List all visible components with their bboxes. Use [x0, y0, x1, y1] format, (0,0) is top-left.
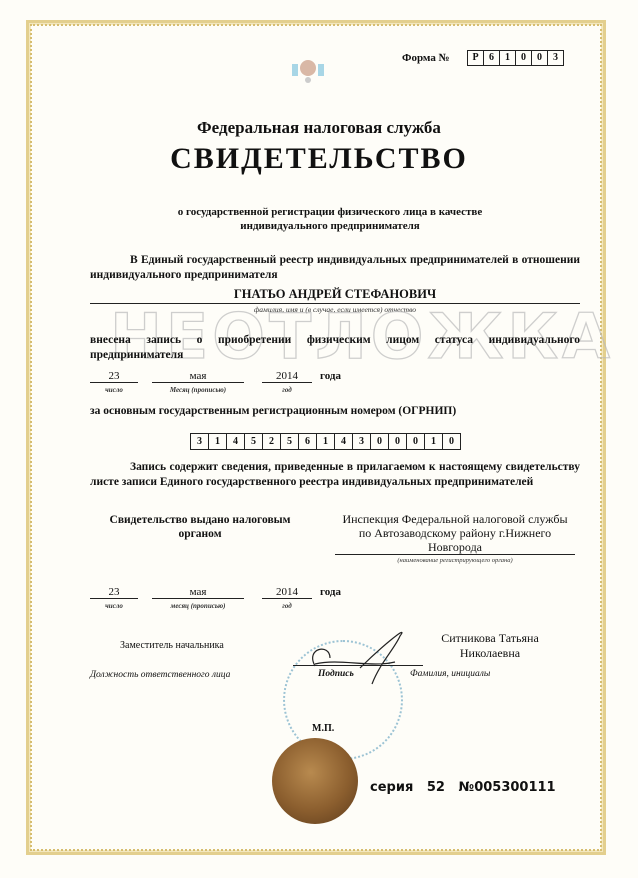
form-code: Р61003: [467, 50, 564, 66]
form-code-cell: 3: [548, 51, 563, 65]
ogrnip-digit-cell: 5: [281, 434, 299, 449]
signer-name-hint: Фамилия, инициалы: [410, 669, 490, 679]
form-label: Форма №: [402, 52, 450, 64]
entry-day-hint: число: [90, 386, 138, 394]
ogrnip-digit-cell: 0: [443, 434, 460, 449]
issue-year-suffix: года: [320, 586, 341, 598]
entry-month-hint: Месяц (прописью): [152, 386, 244, 394]
ogrnip-label: за основным государственным регистрацион…: [90, 405, 456, 417]
issue-month-hint: месяц (прописью): [152, 602, 244, 610]
issue-day: 23: [90, 586, 138, 599]
entry-year-hint: год: [262, 386, 312, 394]
ogrnip-digit-cell: 3: [353, 434, 371, 449]
ogrnip-digit-cell: 5: [245, 434, 263, 449]
signer-position-hint: Должность ответственного лица: [90, 670, 230, 680]
form-code-cell: Р: [468, 51, 484, 65]
form-code-cell: 0: [516, 51, 532, 65]
ogrnip-digit-cell: 4: [227, 434, 245, 449]
ogrnip-digit-cell: 1: [209, 434, 227, 449]
record-note: Запись содержит сведения, приведенные в …: [90, 460, 580, 490]
coat-of-arms-icon: [288, 56, 328, 86]
issue-day-hint: число: [90, 602, 138, 610]
entry-day: 23: [90, 370, 138, 383]
signer-name: Ситникова Татьяна Николаевна: [425, 631, 555, 661]
intro-paragraph: В Единый государственный реестр индивиду…: [90, 253, 580, 283]
issue-year: 2014: [262, 586, 312, 599]
document-subtitle: о государственной регистрации физическог…: [140, 205, 520, 233]
signature-icon: [300, 628, 420, 688]
issue-month: мая: [152, 586, 244, 599]
document-title: СВИДЕТЕЛЬСТВО: [0, 142, 638, 176]
certificate-number: №005300111: [459, 780, 556, 795]
form-code-cell: 0: [532, 51, 548, 65]
entry-month: мая: [152, 370, 244, 383]
ogrnip-digit-cell: 6: [299, 434, 317, 449]
issued-by-label: Свидетельство выдано налоговым органом: [100, 513, 300, 541]
entry-paragraph: внесена запись о приобретении физическим…: [90, 333, 580, 363]
entry-year-suffix: года: [320, 370, 341, 382]
official-seal: [272, 738, 358, 824]
ogrnip-digit-cell: 0: [389, 434, 407, 449]
form-code-cell: 6: [484, 51, 500, 65]
issue-year-hint: год: [262, 602, 312, 610]
ogrnip-digit-cell: 2: [263, 434, 281, 449]
entry-year: 2014: [262, 370, 312, 383]
agency-name: Федеральная налоговая служба: [0, 118, 638, 138]
ogrnip-digit-cell: 0: [407, 434, 425, 449]
signer-position: Заместитель начальника: [120, 640, 224, 651]
seal-label: М.П.: [312, 723, 334, 734]
ogrnip-digit-cell: 3: [191, 434, 209, 449]
ogrnip-digit-cell: 0: [371, 434, 389, 449]
series-label: серия: [370, 780, 413, 795]
ogrnip-digit-cell: 1: [425, 434, 443, 449]
issuer-name-hint: (наименование регистрирующего органа): [335, 557, 575, 564]
series-value: 52: [427, 780, 445, 795]
ogrnip-number: 314525614300010: [190, 433, 461, 450]
issuer-name: Инспекция Федеральной налоговой службы п…: [335, 512, 575, 555]
ogrnip-digit-cell: 4: [335, 434, 353, 449]
series-number: серия 52 №005300111: [370, 780, 556, 795]
form-code-cell: 1: [500, 51, 516, 65]
ogrnip-digit-cell: 1: [317, 434, 335, 449]
